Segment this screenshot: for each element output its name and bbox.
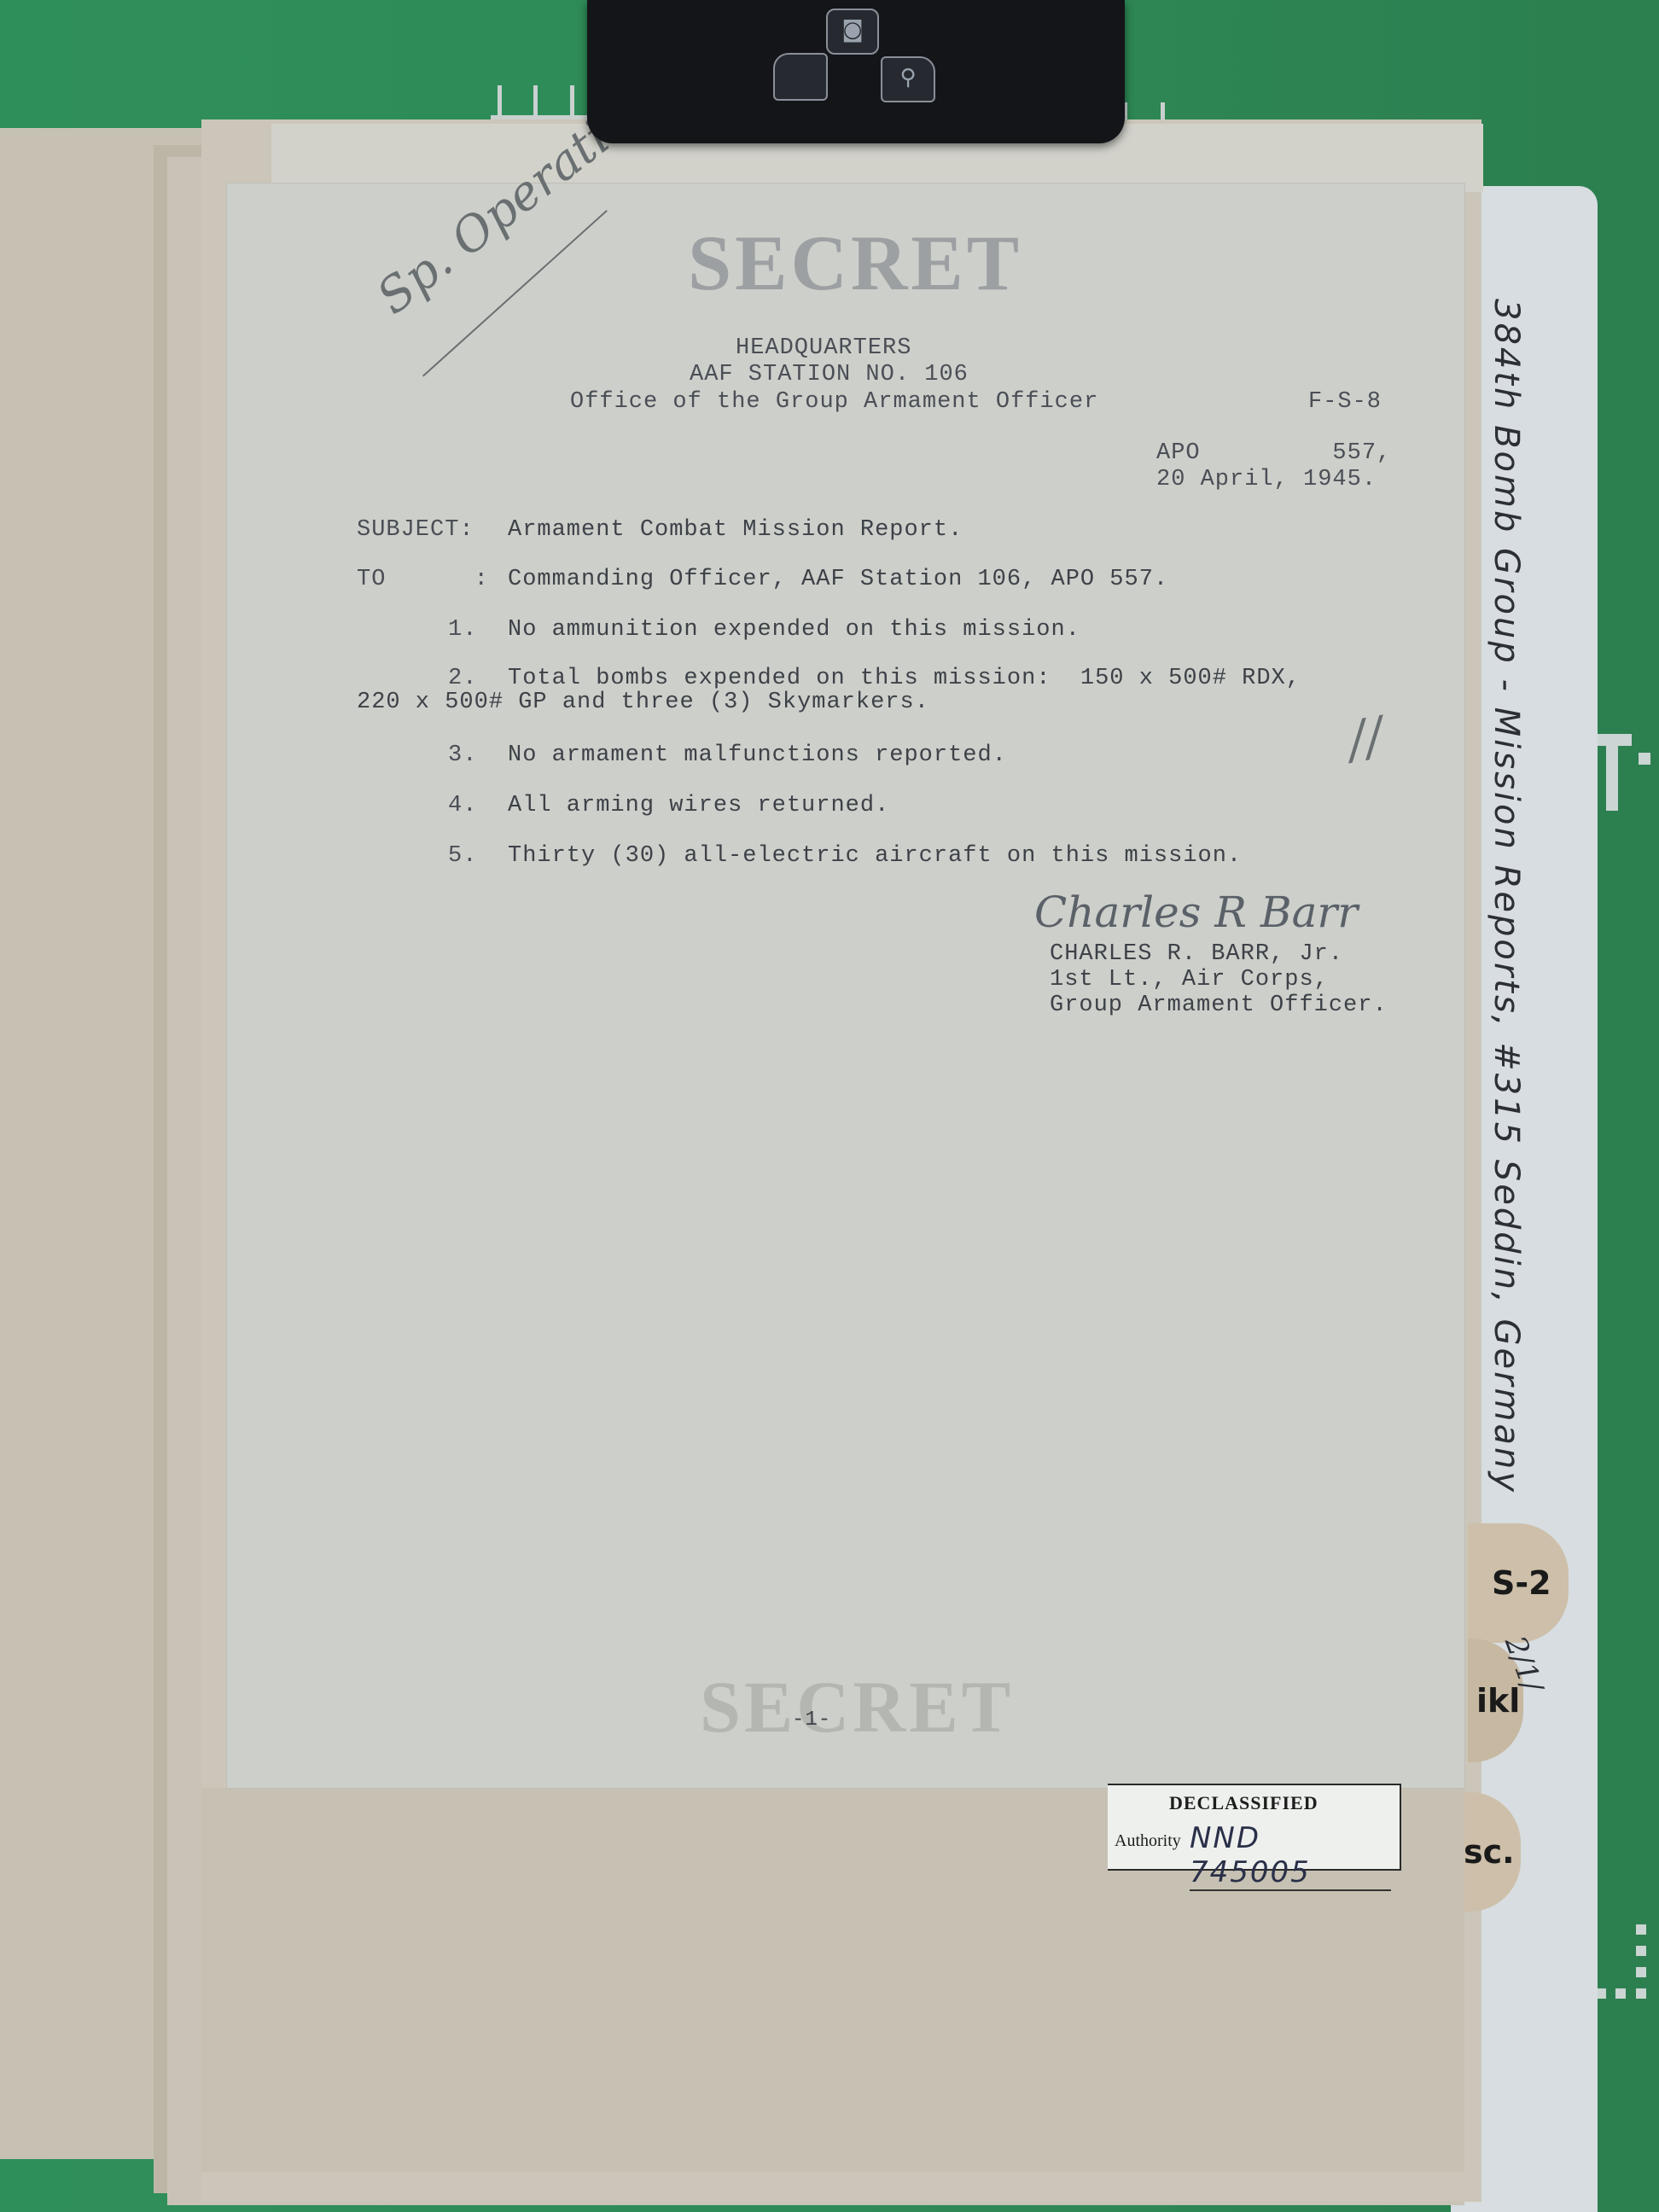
header-line1: HEADQUARTERS — [736, 335, 911, 361]
device-button-camera[interactable]: ◙ — [826, 9, 879, 55]
wall-mark — [1636, 1967, 1646, 1977]
wall-mark — [1615, 1988, 1626, 1999]
device-button-key[interactable]: ⚲ — [881, 56, 935, 102]
item-4-text: All arming wires returned. — [508, 793, 889, 818]
tab-label: S-2 — [1492, 1564, 1551, 1602]
prong — [570, 85, 574, 119]
item-2-continuation: 220 x 500# GP and three (3) Skymarkers. — [357, 690, 929, 715]
classification-stamp-top: SECRET — [688, 218, 1022, 308]
key-icon: ⚲ — [882, 65, 934, 90]
wall-mark — [1636, 1988, 1646, 1999]
wall-mark — [1636, 1946, 1646, 1956]
to-label: TO : — [357, 567, 489, 592]
item-5-text: Thirty (30) all-electric aircraft on thi… — [508, 843, 1242, 869]
prong — [498, 85, 502, 119]
signature-title: Group Armament Officer. — [1050, 992, 1388, 1018]
declassified-title: DECLASSIFIED — [1169, 1792, 1318, 1814]
camera-icon: ◙ — [828, 17, 877, 43]
folder-annotation: 384th Bomb Group - Mission Reports, #315… — [1485, 299, 1536, 1493]
wall-mark — [1636, 1924, 1646, 1935]
authority-label: Authority — [1115, 1831, 1181, 1851]
item-5-num: 5. — [448, 843, 477, 869]
item-2-text: Total bombs expended on this mission: 15… — [508, 666, 1301, 691]
item-4-num: 4. — [448, 793, 477, 818]
wall-mark — [1598, 734, 1632, 746]
file-code: F-S-8 — [1308, 389, 1382, 415]
item-3-num: 3. — [448, 742, 477, 768]
subject-label: SUBJECT: — [357, 517, 474, 543]
scanner-device: ◙ ⚲ — [587, 0, 1125, 143]
page-number: -1- — [792, 1708, 831, 1732]
declassified-label: DECLASSIFIED Authority NND 745005 — [1108, 1784, 1401, 1871]
handwritten-signature: Charles R Barr — [1034, 888, 1358, 937]
item-2-num: 2. — [448, 666, 477, 691]
device-button-blank[interactable] — [773, 53, 828, 101]
signature-name: CHARLES R. BARR, Jr. — [1050, 941, 1343, 967]
wall-mark — [1639, 753, 1650, 765]
signature-rank: 1st Lt., Air Corps, — [1050, 967, 1329, 992]
header-line3: Office of the Group Armament Officer — [570, 389, 1098, 415]
prong — [533, 85, 538, 119]
item-3-text: No armament malfunctions reported. — [508, 742, 1007, 768]
item-1-num: 1. — [448, 617, 477, 643]
tab-s2[interactable]: S-2 — [1468, 1523, 1569, 1643]
item-1-text: No ammunition expended on this mission. — [508, 617, 1080, 643]
to-text: Commanding Officer, AAF Station 106, APO… — [508, 567, 1168, 592]
place: APO 557, — [1156, 440, 1391, 466]
date: 20 April, 1945. — [1156, 467, 1377, 492]
classification-stamp-bottom: SECRET — [700, 1664, 1014, 1749]
subject-text: Armament Combat Mission Report. — [508, 517, 963, 543]
folder-annotation-text: 384th Bomb Group - Mission Reports, #315… — [1487, 299, 1526, 1494]
header-line2: AAF STATION NO. 106 — [690, 362, 969, 387]
authority-value: NND 745005 — [1190, 1821, 1391, 1891]
